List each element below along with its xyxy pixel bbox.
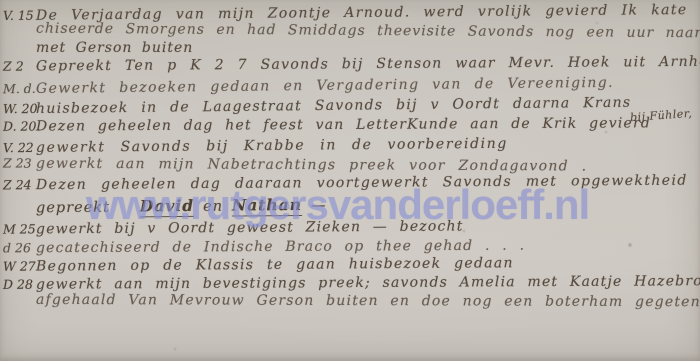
entry-day-code: D 28	[3, 277, 36, 292]
entry-day-code: M 25	[3, 221, 36, 236]
entry-text: Dezen geheelen dag daaraan voortgewerkt …	[36, 173, 688, 194]
entry-day-code: W 27	[3, 259, 36, 274]
diary-row: W 27 Begonnen op de Klassis te gaan huis…	[3, 255, 514, 275]
entry-text: chiseerde Smorgens en had Smiddags theev…	[36, 21, 700, 42]
manuscript-page: V. 15 De Verjaardag van mijn Zoontje Arn…	[0, 0, 700, 361]
diary-row: D 28 gewerkt aan mijn bevestigings preek…	[3, 273, 700, 293]
entry-text: en	[203, 199, 223, 215]
entry-day-code: Z 23	[3, 155, 36, 170]
entry-day-code: M. d.	[3, 81, 36, 96]
entry-text: huisbezoek in de Laagestraat Savonds bij…	[36, 95, 632, 117]
diary-row: afgehaald Van Mevrouw Gerson buiten en d…	[3, 292, 700, 310]
entry-text: —	[311, 198, 327, 214]
entry-text: gewerkt Savonds bij Krabbe in de voorber…	[36, 136, 508, 156]
entry-text: gewerkt bij v Oordt geweest Zieken — bez…	[36, 218, 464, 237]
entry-day-code: d 26	[3, 240, 36, 255]
entry-text: Dezen geheelen dag het feest van LetterK…	[36, 115, 651, 134]
entry-day-code: W. 20	[3, 101, 36, 116]
entry-day-code: V. 22	[3, 140, 36, 155]
entry-text: afgehaald Van Mevrouw Gerson buiten en d…	[36, 292, 700, 310]
entry-day-code: Z 24	[3, 177, 36, 192]
diary-row: M 25 gewerkt bij v Oordt geweest Zieken …	[3, 218, 464, 237]
entry-day-code: D. 20.	[3, 119, 36, 134]
entry-text: Begonnen op de Klassis te gaan huisbezoe…	[36, 255, 514, 274]
diary-row: M. d. Gewerkt bezoeken gedaan en Vergade…	[3, 75, 614, 97]
underlined-name-david: David	[140, 196, 194, 217]
entry-text: gepreekt	[36, 200, 110, 217]
entry-text: Gepreekt Ten p K 2 7 Savonds bij Stenson…	[36, 53, 700, 74]
entry-text: gewerkt aan mijn bevestigings preek; sav…	[36, 273, 700, 293]
diary-row: chiseerde Smorgens en had Smiddags theev…	[3, 20, 700, 41]
diary-row: Z 2 Gepreekt Ten p K 2 7 Savonds bij Ste…	[3, 53, 700, 74]
diary-row-preached-names: gepreektDavidenNathan—	[36, 195, 327, 217]
diary-row: Z 23 gewerkt aan mijn Nabetrachtings pre…	[3, 155, 588, 174]
entry-text: met Gerson buiten	[36, 40, 193, 56]
diary-row: Z 24 Dezen geheelen dag daaraan voortgew…	[3, 173, 688, 194]
entry-text: gecatechiseerd de Indische Braco op thee…	[36, 238, 525, 257]
entry-text: Gewerkt bezoeken gedaan en Vergadering v…	[36, 75, 614, 97]
diary-row: d 26 gecatechiseerd de Indische Braco op…	[3, 238, 525, 257]
diary-row: D. 20. Dezen geheelen dag het feest van …	[3, 115, 651, 134]
diary-row: V. 22 gewerkt Savonds bij Krabbe in de v…	[3, 136, 508, 156]
diary-row: W. 20 huisbezoek in de Laagestraat Savon…	[3, 95, 632, 118]
entry-text: gewerkt aan mijn Nabetrachtings preek vo…	[36, 156, 588, 175]
entry-day-code: Z 2	[3, 58, 36, 73]
diary-row: met Gerson buiten	[3, 40, 193, 56]
underlined-name-nathan: Nathan	[232, 195, 302, 217]
